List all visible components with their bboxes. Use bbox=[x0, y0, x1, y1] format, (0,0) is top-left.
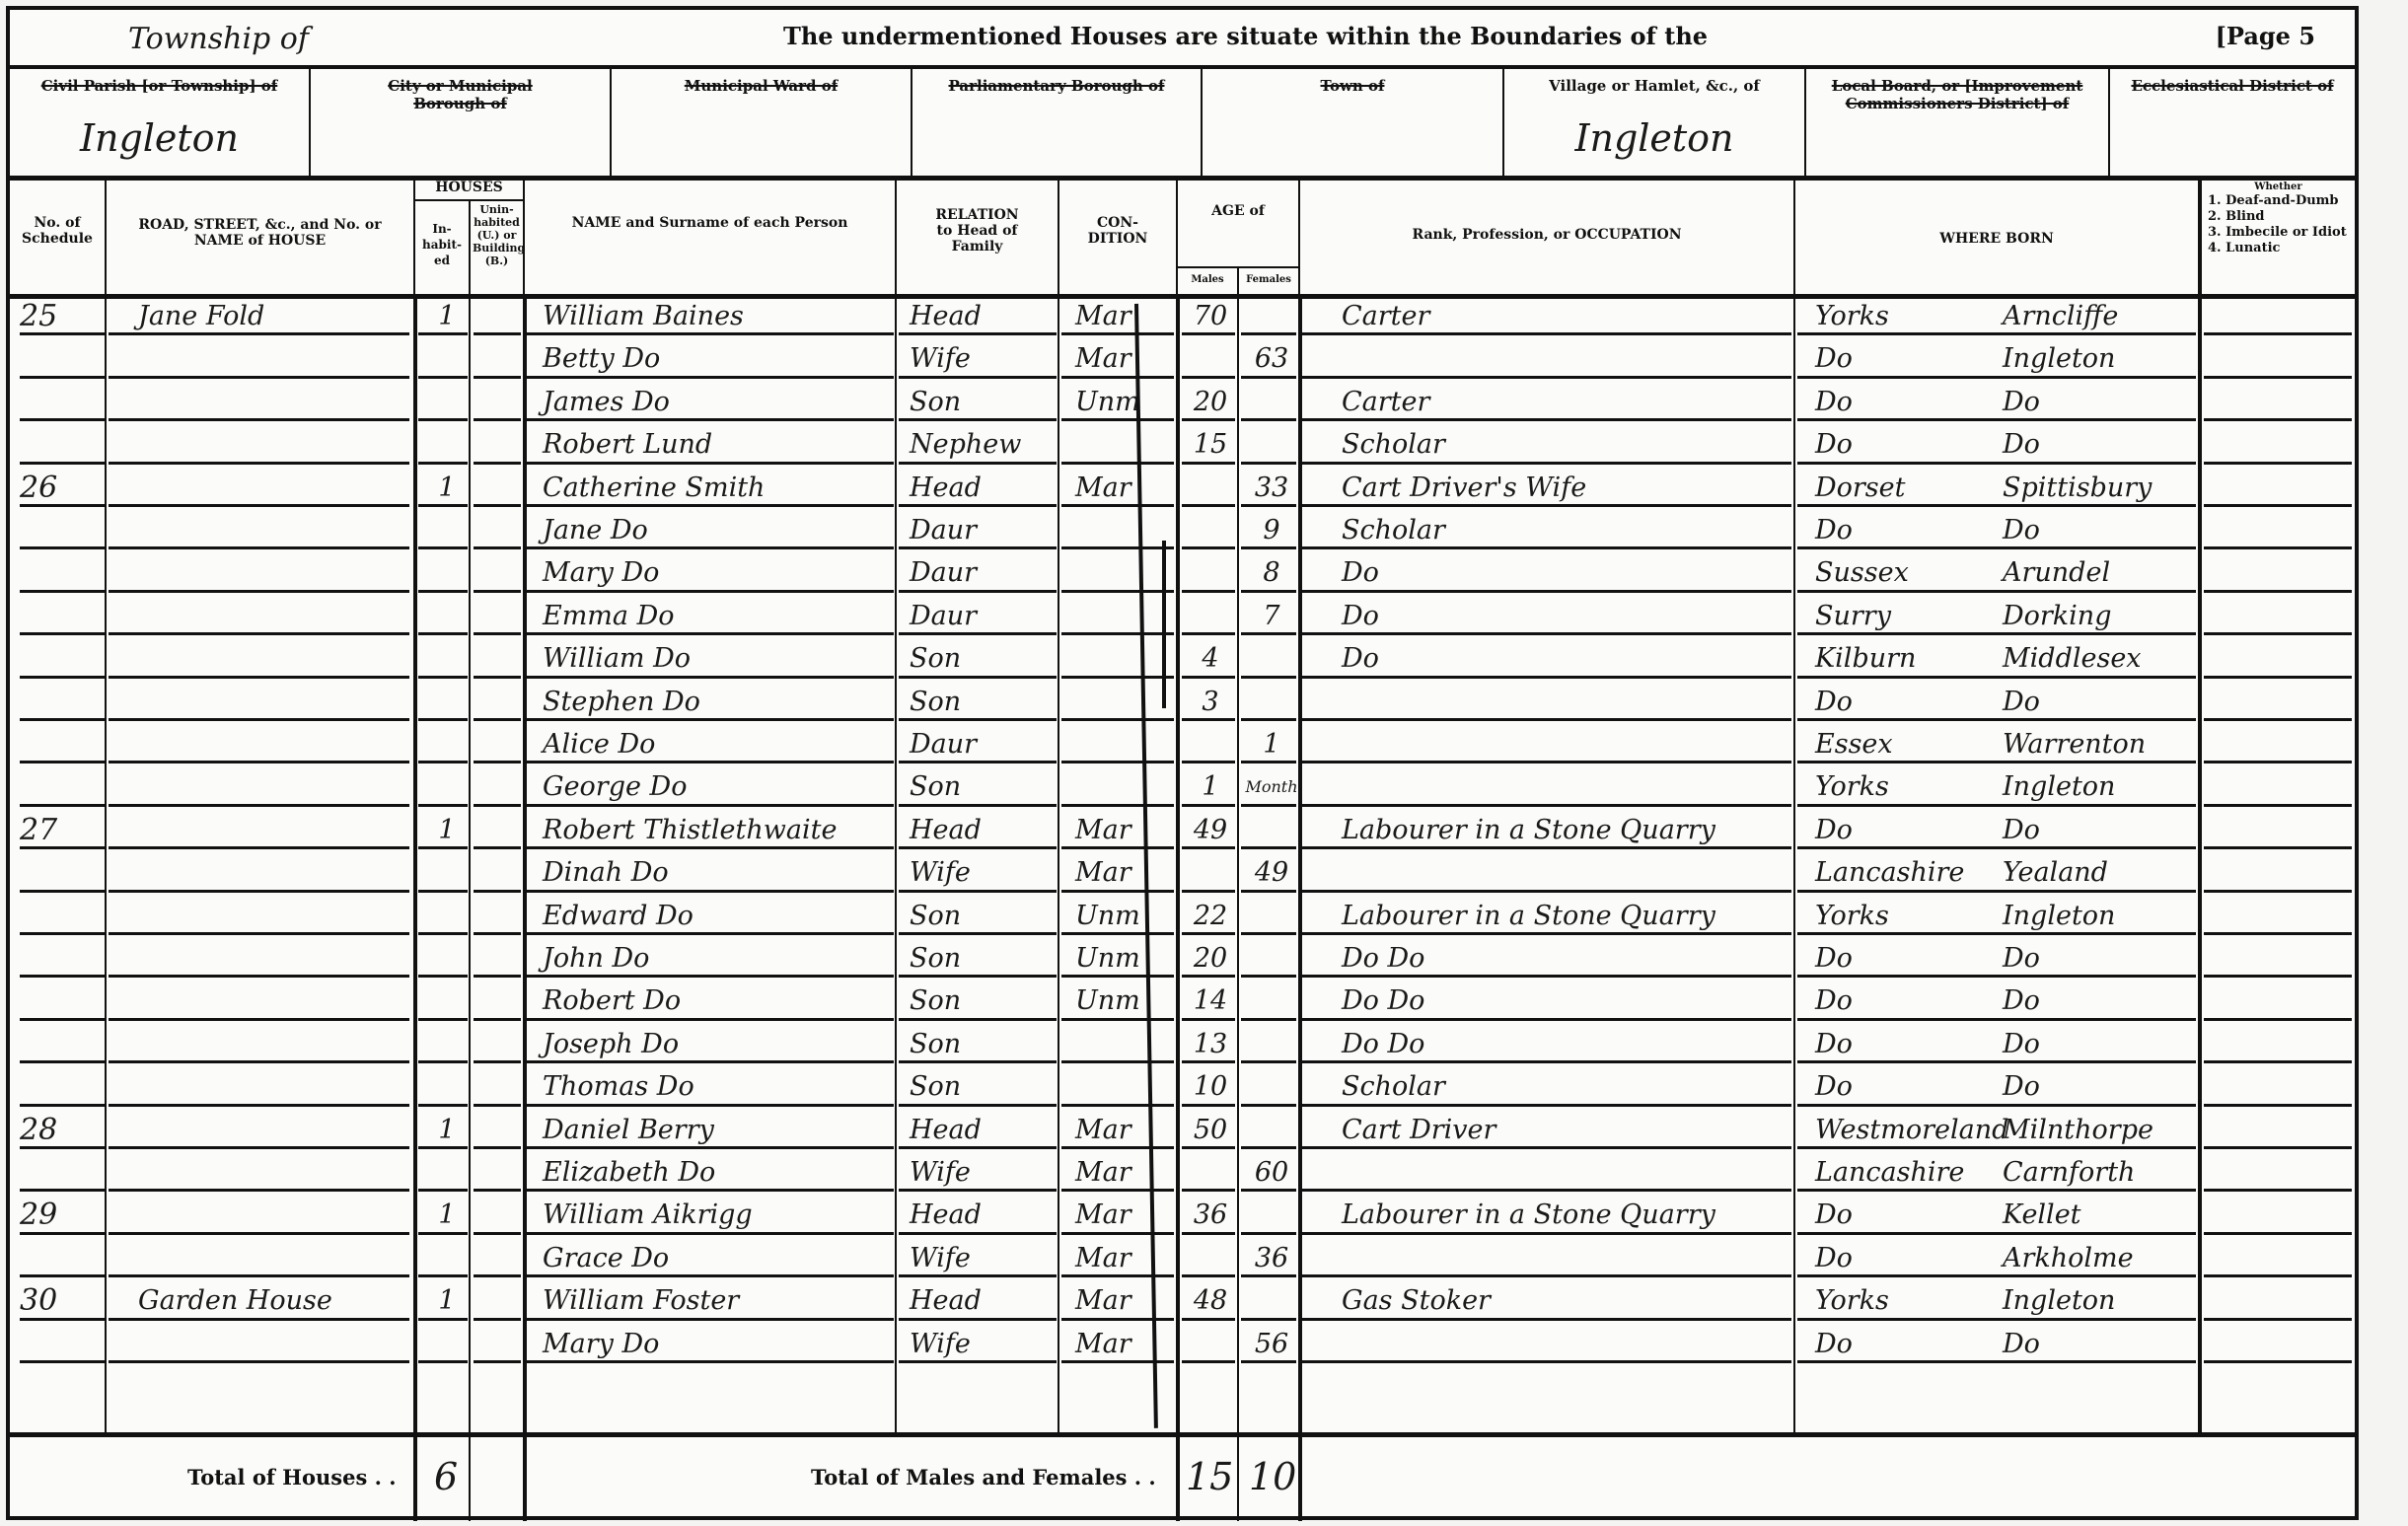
cell-relation: Head bbox=[910, 1193, 1058, 1235]
cell-born-county: Essex bbox=[1815, 722, 2003, 764]
cell-road bbox=[138, 550, 404, 593]
cell-male-age: 22 bbox=[1186, 894, 1235, 936]
cell-relation: Daur bbox=[910, 594, 1058, 636]
cell-relation: Son bbox=[910, 764, 1058, 807]
cell-name: Joseph Do bbox=[543, 1022, 888, 1064]
cell-occupation bbox=[1322, 336, 1805, 379]
header-schedule: No. of Schedule bbox=[10, 215, 105, 247]
cell-name: William Aikrigg bbox=[543, 1193, 888, 1235]
cell-relation: Head bbox=[910, 1278, 1058, 1321]
cell-inhabited bbox=[432, 550, 462, 593]
cell-born-county: Do bbox=[1815, 808, 2003, 850]
header-uninhabited: Unin-habited (U.) or Building (B.) bbox=[471, 203, 523, 267]
cell-name: Jane Do bbox=[543, 508, 888, 550]
cell-occupation bbox=[1322, 680, 1805, 722]
cell-condition: Unm bbox=[1075, 936, 1174, 979]
census-row: 261Catherine SmithHeadMar33Cart Driver's… bbox=[10, 466, 2355, 508]
cell-uninhabited bbox=[474, 1193, 519, 1235]
cell-inhabited: 1 bbox=[432, 294, 462, 336]
cell-name: William Do bbox=[543, 636, 888, 679]
census-row: Emma DoDaur7DoSurryDorking bbox=[10, 594, 2355, 636]
cell-born-county: Surry bbox=[1815, 594, 2003, 636]
cell-name: George Do bbox=[543, 764, 888, 807]
cell-born-place: Middlesex bbox=[2003, 636, 2200, 679]
header-condition: CON-DITION bbox=[1059, 215, 1176, 247]
col-schedule-header: No. of Schedule bbox=[10, 176, 107, 294]
cell-born-place: Do bbox=[2003, 1064, 2200, 1107]
cell-born-place: Dorking bbox=[2003, 594, 2200, 636]
cell-name: Thomas Do bbox=[543, 1064, 888, 1107]
cell-female-age: 60 bbox=[1245, 1150, 1298, 1193]
cell-schedule: 28 bbox=[20, 1108, 103, 1150]
cell-female-age: 9 bbox=[1245, 508, 1298, 550]
col-occupation-header: Rank, Profession, or OCCUPATION bbox=[1300, 176, 1795, 294]
total-houses-label: Total of Houses . . bbox=[187, 1465, 397, 1490]
cell-condition: Mar bbox=[1075, 1150, 1174, 1193]
cell-road bbox=[138, 1108, 404, 1150]
census-row: Stephen DoSon3DoDo bbox=[10, 680, 2355, 722]
cell-born-place: Ingleton bbox=[2003, 336, 2200, 379]
cell-uninhabited bbox=[474, 1108, 519, 1150]
header-houses: HOUSES bbox=[415, 180, 523, 201]
cell-occupation: Labourer in a Stone Quarry bbox=[1322, 808, 1805, 850]
cell-occupation: Do bbox=[1322, 636, 1805, 679]
cell-name: James Do bbox=[543, 380, 888, 422]
census-row: 281Daniel BerryHeadMar50Cart DriverWestm… bbox=[10, 1108, 2355, 1150]
cell-road bbox=[138, 764, 404, 807]
cell-relation: Son bbox=[910, 936, 1058, 979]
cell-occupation: Do Do bbox=[1322, 936, 1805, 979]
cell-female-age bbox=[1245, 936, 1298, 979]
cell-born-place: Ingleton bbox=[2003, 1278, 2200, 1321]
col-inhabited-header: In-habit-ed bbox=[415, 201, 471, 294]
cell-relation: Wife bbox=[910, 1322, 1058, 1364]
cell-condition bbox=[1075, 422, 1174, 465]
cell-born-county: Do bbox=[1815, 1322, 2003, 1364]
boundary-parish-handwritten: Township of bbox=[128, 22, 309, 56]
header-occupation: Rank, Profession, or OCCUPATION bbox=[1300, 227, 1793, 243]
cell-female-age bbox=[1245, 1193, 1298, 1235]
col-road-header: ROAD, STREET, &c., and No. or NAME of HO… bbox=[107, 176, 415, 294]
census-row: 291William AikriggHeadMar36Labourer in a… bbox=[10, 1193, 2355, 1235]
cell-male-age bbox=[1186, 594, 1235, 636]
cell-schedule bbox=[20, 894, 103, 936]
cell-born-county: Do bbox=[1815, 1193, 2003, 1235]
cell-uninhabited bbox=[474, 508, 519, 550]
cell-condition bbox=[1075, 636, 1174, 679]
cell-born-county: Do bbox=[1815, 380, 2003, 422]
cell-schedule bbox=[20, 636, 103, 679]
cell-inhabited bbox=[432, 680, 462, 722]
census-row: Robert LundNephew15ScholarDoDo bbox=[10, 422, 2355, 465]
cell-male-age bbox=[1186, 1150, 1235, 1193]
cell-born-place: Do bbox=[2003, 979, 2200, 1021]
cell-male-age: 49 bbox=[1186, 808, 1235, 850]
col-condition-header: CON-DITION bbox=[1059, 176, 1178, 294]
cell-born-place: Do bbox=[2003, 936, 2200, 979]
cell-schedule bbox=[20, 550, 103, 593]
cell-male-age bbox=[1186, 1322, 1235, 1364]
cell-occupation: Labourer in a Stone Quarry bbox=[1322, 1193, 1805, 1235]
cell-schedule bbox=[20, 1150, 103, 1193]
cell-male-age: 50 bbox=[1186, 1108, 1235, 1150]
cell-uninhabited bbox=[474, 1236, 519, 1278]
cell-uninhabited bbox=[474, 1064, 519, 1107]
cell-occupation bbox=[1322, 1150, 1805, 1193]
cell-schedule bbox=[20, 422, 103, 465]
cell-uninhabited bbox=[474, 294, 519, 336]
cell-born-place: Kellet bbox=[2003, 1193, 2200, 1235]
cell-born-county: Yorks bbox=[1815, 294, 2003, 336]
cell-occupation: Do bbox=[1322, 594, 1805, 636]
cell-born-place: Ingleton bbox=[2003, 894, 2200, 936]
cell-name: William Baines bbox=[543, 294, 888, 336]
cell-relation: Son bbox=[910, 894, 1058, 936]
cell-female-age bbox=[1245, 1108, 1298, 1150]
cell-male-age: 14 bbox=[1186, 979, 1235, 1021]
cell-relation: Daur bbox=[910, 722, 1058, 764]
cell-occupation: Do Do bbox=[1322, 979, 1805, 1021]
cell-name: Mary Do bbox=[543, 550, 888, 593]
boundary-parliamentary-borough: Parliamentary Borough of bbox=[912, 65, 1203, 176]
cell-condition bbox=[1075, 594, 1174, 636]
cell-schedule: 29 bbox=[20, 1193, 103, 1235]
cell-inhabited bbox=[432, 380, 462, 422]
cell-schedule bbox=[20, 594, 103, 636]
cell-born-county: Do bbox=[1815, 680, 2003, 722]
cell-uninhabited bbox=[474, 1322, 519, 1364]
cell-road bbox=[138, 336, 404, 379]
cell-condition: Mar bbox=[1075, 294, 1174, 336]
census-row: William DoSon4DoKilburnMiddlesex bbox=[10, 636, 2355, 679]
cell-road bbox=[138, 422, 404, 465]
boundary-local-board: Local Board, or [Improvement Commissione… bbox=[1806, 65, 2110, 176]
cell-born-place: Do bbox=[2003, 808, 2200, 850]
header-females: Females bbox=[1239, 272, 1298, 288]
cell-road bbox=[138, 1236, 404, 1278]
cell-condition: Unm bbox=[1075, 380, 1174, 422]
cell-name: Dinah Do bbox=[543, 850, 888, 893]
cell-condition: Mar bbox=[1075, 336, 1174, 379]
census-row: John DoSonUnm20Do DoDoDo bbox=[10, 936, 2355, 979]
cell-born-county: Do bbox=[1815, 422, 2003, 465]
cell-name: Betty Do bbox=[543, 336, 888, 379]
cell-road bbox=[138, 636, 404, 679]
cell-inhabited: 1 bbox=[432, 1193, 462, 1235]
cell-condition bbox=[1075, 764, 1174, 807]
cell-inhabited bbox=[432, 1022, 462, 1064]
cell-relation: Son bbox=[910, 1022, 1058, 1064]
cell-born-county: Lancashire bbox=[1815, 1150, 2003, 1193]
cell-condition bbox=[1075, 1064, 1174, 1107]
census-row: Jane DoDaur9ScholarDoDo bbox=[10, 508, 2355, 550]
census-row: Alice DoDaur1EssexWarrenton bbox=[10, 722, 2355, 764]
col-name-header: NAME and Surname of each Person bbox=[525, 176, 897, 294]
col-age-header: AGE of Males Females bbox=[1178, 176, 1300, 294]
cell-male-age: 10 bbox=[1186, 1064, 1235, 1107]
cell-male-age: 4 bbox=[1186, 636, 1235, 679]
cell-schedule: 27 bbox=[20, 808, 103, 850]
cell-inhabited bbox=[432, 1322, 462, 1364]
boundary-civil-parish: Township of Civil Parish [or Township] o… bbox=[10, 65, 311, 176]
cell-male-age: 36 bbox=[1186, 1193, 1235, 1235]
cell-born-place: Arundel bbox=[2003, 550, 2200, 593]
boundary-label: Village or Hamlet, &c., of bbox=[1504, 77, 1804, 95]
cell-occupation: Scholar bbox=[1322, 422, 1805, 465]
header-males: Males bbox=[1178, 272, 1237, 288]
cell-uninhabited bbox=[474, 850, 519, 893]
cell-born-place: Do bbox=[2003, 422, 2200, 465]
cell-relation: Head bbox=[910, 808, 1058, 850]
cell-condition: Mar bbox=[1075, 808, 1174, 850]
cell-road bbox=[138, 594, 404, 636]
cell-born-place: Arkholme bbox=[2003, 1236, 2200, 1278]
cell-relation: Head bbox=[910, 294, 1058, 336]
boundary-label: Parliamentary Borough of bbox=[912, 77, 1201, 95]
cell-name: Stephen Do bbox=[543, 680, 888, 722]
cell-occupation: Do Do bbox=[1322, 1022, 1805, 1064]
cell-schedule: 26 bbox=[20, 466, 103, 508]
cell-male-age: 70 bbox=[1186, 294, 1235, 336]
census-row: Mary DoDaur8DoSussexArundel bbox=[10, 550, 2355, 593]
cell-female-age bbox=[1245, 1064, 1298, 1107]
cell-born-county: Do bbox=[1815, 1064, 2003, 1107]
cell-uninhabited bbox=[474, 680, 519, 722]
cell-born-place: Arncliffe bbox=[2003, 294, 2200, 336]
cell-name: Emma Do bbox=[543, 594, 888, 636]
boundary-label: Local Board, or [Improvement Commissione… bbox=[1806, 77, 2108, 112]
cell-male-age bbox=[1186, 722, 1235, 764]
cell-schedule bbox=[20, 764, 103, 807]
cell-inhabited bbox=[432, 764, 462, 807]
cell-female-age: Month bbox=[1245, 764, 1298, 807]
cell-female-age: 56 bbox=[1245, 1322, 1298, 1364]
census-row: 271Robert ThistlethwaiteHeadMar49Laboure… bbox=[10, 808, 2355, 850]
cell-relation: Son bbox=[910, 380, 1058, 422]
cell-road bbox=[138, 1064, 404, 1107]
page-number: [Page 5 bbox=[2216, 22, 2315, 50]
whether-item: 4. Lunatic bbox=[2208, 241, 2347, 256]
cell-born-county: Yorks bbox=[1815, 894, 2003, 936]
census-row: Joseph DoSon13Do DoDoDo bbox=[10, 1022, 2355, 1064]
cell-uninhabited bbox=[474, 336, 519, 379]
cell-road bbox=[138, 380, 404, 422]
header-road: ROAD, STREET, &c., and No. or NAME of HO… bbox=[107, 217, 413, 249]
total-persons-label: Total of Males and Females . . bbox=[811, 1465, 1156, 1490]
cell-male-age bbox=[1186, 466, 1235, 508]
cell-name: John Do bbox=[543, 936, 888, 979]
cell-inhabited bbox=[432, 336, 462, 379]
cell-condition bbox=[1075, 550, 1174, 593]
census-row: Edward DoSonUnm22Labourer in a Stone Qua… bbox=[10, 894, 2355, 936]
cell-uninhabited bbox=[474, 979, 519, 1021]
census-row: James DoSonUnm20CarterDoDo bbox=[10, 380, 2355, 422]
cell-female-age bbox=[1245, 380, 1298, 422]
cell-occupation bbox=[1322, 1322, 1805, 1364]
col-relation-header: RELATION to Head of Family bbox=[897, 176, 1059, 294]
cell-female-age: 36 bbox=[1245, 1236, 1298, 1278]
cell-name: William Foster bbox=[543, 1278, 888, 1321]
census-entries: 25Jane Fold1William BainesHeadMar70Carte… bbox=[10, 294, 2355, 1432]
cell-born-county: Do bbox=[1815, 336, 2003, 379]
cell-born-place: Warrenton bbox=[2003, 722, 2200, 764]
census-page: The undermentioned Houses are situate wi… bbox=[6, 6, 2359, 1520]
cell-born-county: Do bbox=[1815, 508, 2003, 550]
cell-inhabited bbox=[432, 508, 462, 550]
cell-inhabited: 1 bbox=[432, 1108, 462, 1150]
cell-occupation bbox=[1322, 1236, 1805, 1278]
cell-male-age bbox=[1186, 1236, 1235, 1278]
cell-female-age bbox=[1245, 294, 1298, 336]
cell-born-place: Yealand bbox=[2003, 850, 2200, 893]
col-whether-header: Whether 1. Deaf-and-Dumb 2. Blind 3. Imb… bbox=[2200, 176, 2355, 294]
cell-female-age bbox=[1245, 636, 1298, 679]
cell-born-place: Do bbox=[2003, 680, 2200, 722]
col-males-header: Males bbox=[1178, 266, 1239, 294]
cell-occupation: Gas Stoker bbox=[1322, 1278, 1805, 1321]
cell-relation: Son bbox=[910, 979, 1058, 1021]
cell-uninhabited bbox=[474, 808, 519, 850]
cell-road bbox=[138, 894, 404, 936]
cell-road bbox=[138, 1322, 404, 1364]
cell-born-county: Do bbox=[1815, 936, 2003, 979]
cell-born-county: Do bbox=[1815, 979, 2003, 1021]
cell-inhabited bbox=[432, 1064, 462, 1107]
cell-inhabited bbox=[432, 1150, 462, 1193]
cell-road bbox=[138, 936, 404, 979]
boundary-municipal-borough: City or Municipal Borough of bbox=[311, 65, 612, 176]
cell-occupation: Scholar bbox=[1322, 1064, 1805, 1107]
cell-schedule bbox=[20, 936, 103, 979]
cell-condition: Mar bbox=[1075, 1278, 1174, 1321]
cell-inhabited bbox=[432, 636, 462, 679]
cell-male-age: 15 bbox=[1186, 422, 1235, 465]
cell-name: Robert Lund bbox=[543, 422, 888, 465]
cell-relation: Son bbox=[910, 636, 1058, 679]
cell-born-place: Ingleton bbox=[2003, 764, 2200, 807]
cell-uninhabited bbox=[474, 894, 519, 936]
col-houses-header: HOUSES In-habit-ed Unin-habited (U.) or … bbox=[415, 176, 525, 294]
cell-uninhabited bbox=[474, 594, 519, 636]
census-row: Grace DoWifeMar36DoArkholme bbox=[10, 1236, 2355, 1278]
whether-list: 1. Deaf-and-Dumb 2. Blind 3. Imbecile or… bbox=[2208, 193, 2347, 256]
cell-relation: Wife bbox=[910, 1236, 1058, 1278]
cell-condition bbox=[1075, 508, 1174, 550]
boundary-label: City or Municipal Borough of bbox=[311, 77, 610, 112]
cell-uninhabited bbox=[474, 936, 519, 979]
census-row: Dinah DoWifeMar49LancashireYealand bbox=[10, 850, 2355, 893]
cell-schedule bbox=[20, 850, 103, 893]
totals-row: Total of Houses . . 6 Total of Males and… bbox=[10, 1432, 2355, 1521]
cell-name: Mary Do bbox=[543, 1322, 888, 1364]
total-houses-value: 6 bbox=[434, 1455, 458, 1498]
cell-female-age: 33 bbox=[1245, 466, 1298, 508]
cell-born-county: Dorset bbox=[1815, 466, 2003, 508]
cell-condition: Unm bbox=[1075, 894, 1174, 936]
cell-born-place: Milnthorpe bbox=[2003, 1108, 2200, 1150]
cell-road bbox=[138, 1022, 404, 1064]
cell-born-county: Yorks bbox=[1815, 1278, 2003, 1321]
census-row: Mary DoWifeMar56DoDo bbox=[10, 1322, 2355, 1364]
cell-relation: Wife bbox=[910, 850, 1058, 893]
cell-relation: Daur bbox=[910, 550, 1058, 593]
whether-item: 3. Imbecile or Idiot bbox=[2208, 225, 2347, 241]
cell-schedule bbox=[20, 336, 103, 379]
cell-occupation bbox=[1322, 722, 1805, 764]
cell-road bbox=[138, 680, 404, 722]
cell-uninhabited bbox=[474, 1278, 519, 1321]
cell-inhabited: 1 bbox=[432, 466, 462, 508]
boundary-label: Municipal Ward of bbox=[612, 77, 911, 95]
cell-born-place: Do bbox=[2003, 508, 2200, 550]
cell-road bbox=[138, 1193, 404, 1235]
whether-item: 2. Blind bbox=[2208, 209, 2347, 225]
cell-born-place: Spittisbury bbox=[2003, 466, 2200, 508]
cell-female-age: 7 bbox=[1245, 594, 1298, 636]
cell-occupation: Scholar bbox=[1322, 508, 1805, 550]
cell-name: Robert Do bbox=[543, 979, 888, 1021]
cell-born-county: Westmoreland bbox=[1815, 1108, 2003, 1150]
cell-uninhabited bbox=[474, 1150, 519, 1193]
cell-relation: Wife bbox=[910, 1150, 1058, 1193]
cell-born-place: Do bbox=[2003, 1322, 2200, 1364]
cell-inhabited bbox=[432, 1236, 462, 1278]
cell-female-age: 8 bbox=[1245, 550, 1298, 593]
cell-inhabited bbox=[432, 850, 462, 893]
cell-name: Edward Do bbox=[543, 894, 888, 936]
cell-inhabited bbox=[432, 979, 462, 1021]
cell-road bbox=[138, 722, 404, 764]
cell-schedule: 30 bbox=[20, 1278, 103, 1321]
cell-schedule: 25 bbox=[20, 294, 103, 336]
whether-item: 1. Deaf-and-Dumb bbox=[2208, 193, 2347, 209]
cell-uninhabited bbox=[474, 422, 519, 465]
cell-name: Elizabeth Do bbox=[543, 1150, 888, 1193]
boundary-village: Village or Hamlet, &c., of Ingleton bbox=[1504, 65, 1806, 176]
cell-male-age: 1 bbox=[1186, 764, 1235, 807]
census-row: Thomas DoSon10ScholarDoDo bbox=[10, 1064, 2355, 1107]
cell-female-age bbox=[1245, 1022, 1298, 1064]
cell-condition: Mar bbox=[1075, 1108, 1174, 1150]
cell-male-age bbox=[1186, 850, 1235, 893]
census-row: Robert DoSonUnm14Do DoDoDo bbox=[10, 979, 2355, 1021]
cell-uninhabited bbox=[474, 466, 519, 508]
header-name: NAME and Surname of each Person bbox=[525, 215, 895, 231]
cell-male-age: 3 bbox=[1186, 680, 1235, 722]
tally-stroke bbox=[1162, 541, 1166, 708]
cell-inhabited bbox=[432, 422, 462, 465]
cell-born-county: Sussex bbox=[1815, 550, 2003, 593]
boundary-label: Ecclesiastical District of bbox=[2110, 77, 2355, 95]
cell-born-county: Do bbox=[1815, 1022, 2003, 1064]
cell-road bbox=[138, 850, 404, 893]
header-relation: RELATION to Head of Family bbox=[897, 207, 1058, 254]
boundary-town: Town of bbox=[1203, 65, 1504, 176]
boundary-label: Town of bbox=[1203, 77, 1502, 95]
cell-condition: Mar bbox=[1075, 1193, 1174, 1235]
header-age: AGE of bbox=[1178, 203, 1298, 219]
title-row: The undermentioned Houses are situate wi… bbox=[10, 10, 2355, 69]
cell-uninhabited bbox=[474, 380, 519, 422]
cell-female-age bbox=[1245, 1278, 1298, 1321]
cell-relation: Nephew bbox=[910, 422, 1058, 465]
cell-born-place: Carnforth bbox=[2003, 1150, 2200, 1193]
census-row: 25Jane Fold1William BainesHeadMar70Carte… bbox=[10, 294, 2355, 336]
cell-uninhabited bbox=[474, 550, 519, 593]
cell-road bbox=[138, 1150, 404, 1193]
header-inhabited: In-habit-ed bbox=[415, 221, 469, 268]
cell-occupation: Cart Driver bbox=[1322, 1108, 1805, 1150]
